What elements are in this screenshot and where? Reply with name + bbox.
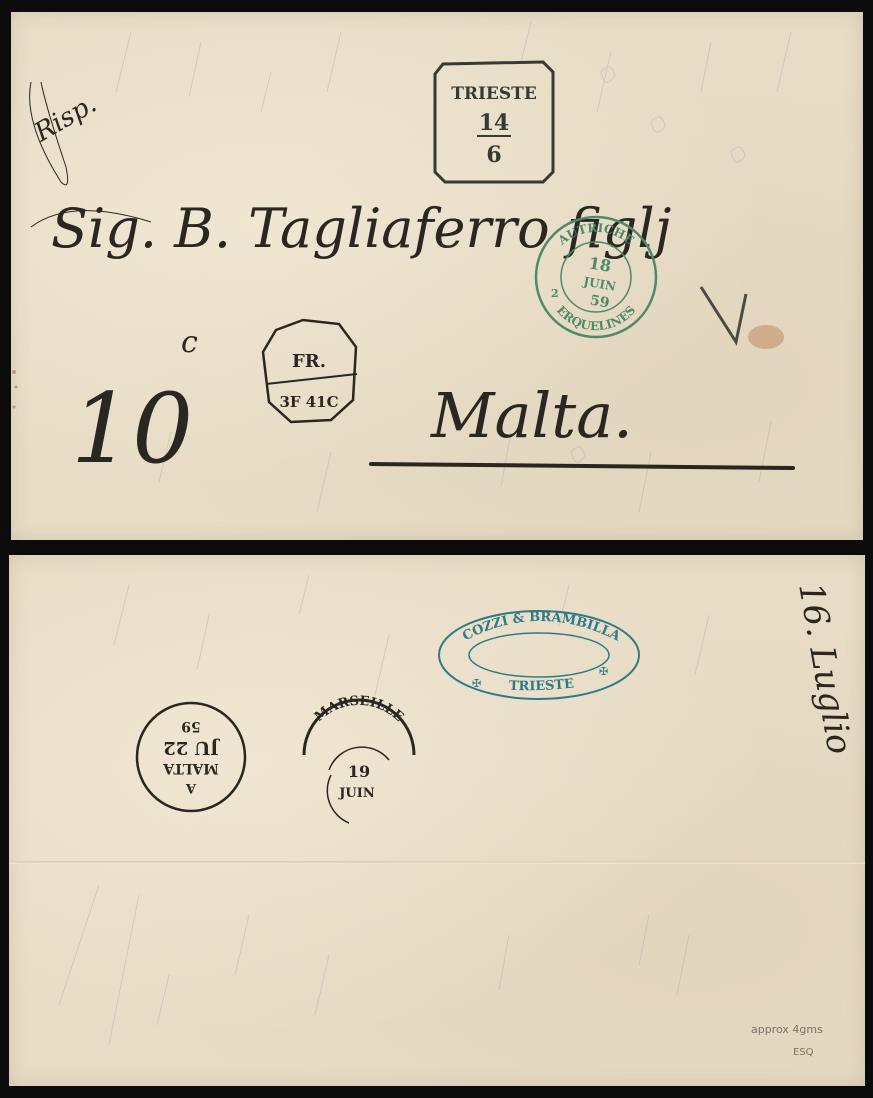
cover-front: Risp. TRIESTE 14 6 Sig. B. Tagliaferro f… — [11, 12, 863, 540]
svg-text:Malta.: Malta. — [430, 379, 633, 452]
svg-text:MARSEILLE: MARSEILLE — [312, 694, 406, 725]
address-line-2: Malta. — [371, 379, 793, 468]
pencil-note: approx 4gms ESQ — [751, 1023, 823, 1058]
back-markings: 16. Luglio COZZI & BRAMBILLA TRIESTE ✠ ✠… — [9, 555, 865, 1086]
docket-note: Risp. — [29, 82, 102, 185]
front-markings: Risp. TRIESTE 14 6 Sig. B. Tagliaferro f… — [11, 12, 863, 540]
svg-text:16. Luglio: 16. Luglio — [790, 580, 859, 758]
svg-text:Risp.: Risp. — [29, 89, 102, 149]
marseille-circle-stamp: MARSEILLE 19 JUIN — [304, 694, 414, 823]
svg-text:FR.: FR. — [292, 351, 326, 372]
crayon-v-mark — [701, 287, 784, 349]
svg-text:18: 18 — [587, 253, 612, 276]
svg-text:JUIN: JUIN — [581, 274, 617, 294]
rust-specks — [12, 370, 18, 409]
fr-octagon-stamp: FR. 3F 41C — [263, 320, 357, 422]
svg-text:JU 22: JU 22 — [163, 737, 221, 758]
svg-text:3F 41C: 3F 41C — [279, 393, 338, 411]
svg-text:59: 59 — [589, 292, 611, 311]
svg-text:14: 14 — [479, 110, 510, 136]
svg-text:✠: ✠ — [599, 665, 608, 678]
svg-text:10: 10 — [71, 373, 193, 485]
trieste-box-stamp: TRIESTE 14 6 — [435, 62, 553, 182]
svg-text:COZZI & BRAMBILLA: COZZI & BRAMBILLA — [460, 610, 623, 645]
svg-text:JUIN: JUIN — [338, 786, 375, 801]
svg-text:TRIESTE: TRIESTE — [451, 84, 537, 104]
cover-back: 16. Luglio COZZI & BRAMBILLA TRIESTE ✠ ✠… — [9, 555, 865, 1086]
svg-text:2: 2 — [551, 287, 559, 300]
svg-text:59: 59 — [181, 718, 200, 734]
rate-marking: 10 c — [71, 325, 198, 485]
svg-text:c: c — [181, 325, 198, 360]
sender-oval-stamp: COZZI & BRAMBILLA TRIESTE ✠ ✠ — [439, 610, 639, 699]
svg-text:6: 6 — [486, 142, 501, 168]
svg-text:TRIESTE: TRIESTE — [509, 677, 575, 695]
svg-text:19: 19 — [348, 762, 370, 781]
svg-text:A: A — [185, 780, 197, 795]
svg-text:✠: ✠ — [472, 677, 481, 690]
svg-text:ESQ: ESQ — [793, 1047, 814, 1058]
svg-text:approx 4gms: approx 4gms — [751, 1023, 823, 1036]
malta-circle-stamp: A MALTA JU 22 59 — [137, 703, 245, 811]
svg-text:MALTA: MALTA — [162, 760, 219, 776]
side-docket-note: 16. Luglio — [790, 580, 859, 758]
